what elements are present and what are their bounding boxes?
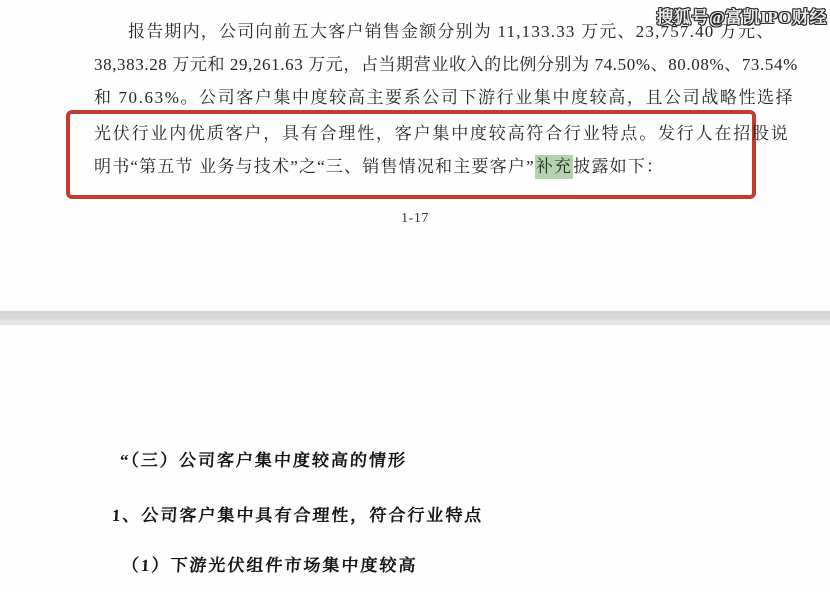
page-break-divider (0, 311, 830, 325)
paragraph-line-2: 38,383.28 万元和 29,261.63 万元，占当期营业收入的比例分别为… (94, 54, 798, 75)
boxed-line-1: 光伏行业内优质客户，具有合理性，客户集中度较高符合行业特点。发行人在招股说 (94, 123, 790, 144)
page-number: 1-17 (0, 211, 830, 227)
boxed-line-2-after: 披露如下： (573, 157, 664, 176)
subsection-heading-1-1: （1）下游光伏组件市场集中度较高 (121, 551, 418, 576)
paragraph-line-3: 和 70.63%。公司客户集中度较高主要系公司下游行业集中度较高，且公司战略性选… (94, 87, 794, 108)
section-heading-3: “（三）公司客户集中度较高的情形 (119, 446, 407, 471)
paragraph-line-1: 报告期内，公司向前五大客户销售金额分别为 11,133.33 万元、23,757… (128, 21, 775, 42)
boxed-line-2-before: 明书“第五节 业务与技术”之“三、销售情况和主要客户” (94, 157, 535, 176)
subsection-heading-1: 1、公司客户集中具有合理性，符合行业特点 (111, 501, 484, 526)
green-highlighted-term: 补充 (535, 155, 573, 179)
boxed-line-2: 明书“第五节 业务与技术”之“三、销售情况和主要客户”补充披露如下： (94, 156, 664, 177)
document-viewer: 搜狐号@富凯IPO财经 报告期内，公司向前五大客户销售金额分别为 11,133.… (0, 0, 830, 592)
